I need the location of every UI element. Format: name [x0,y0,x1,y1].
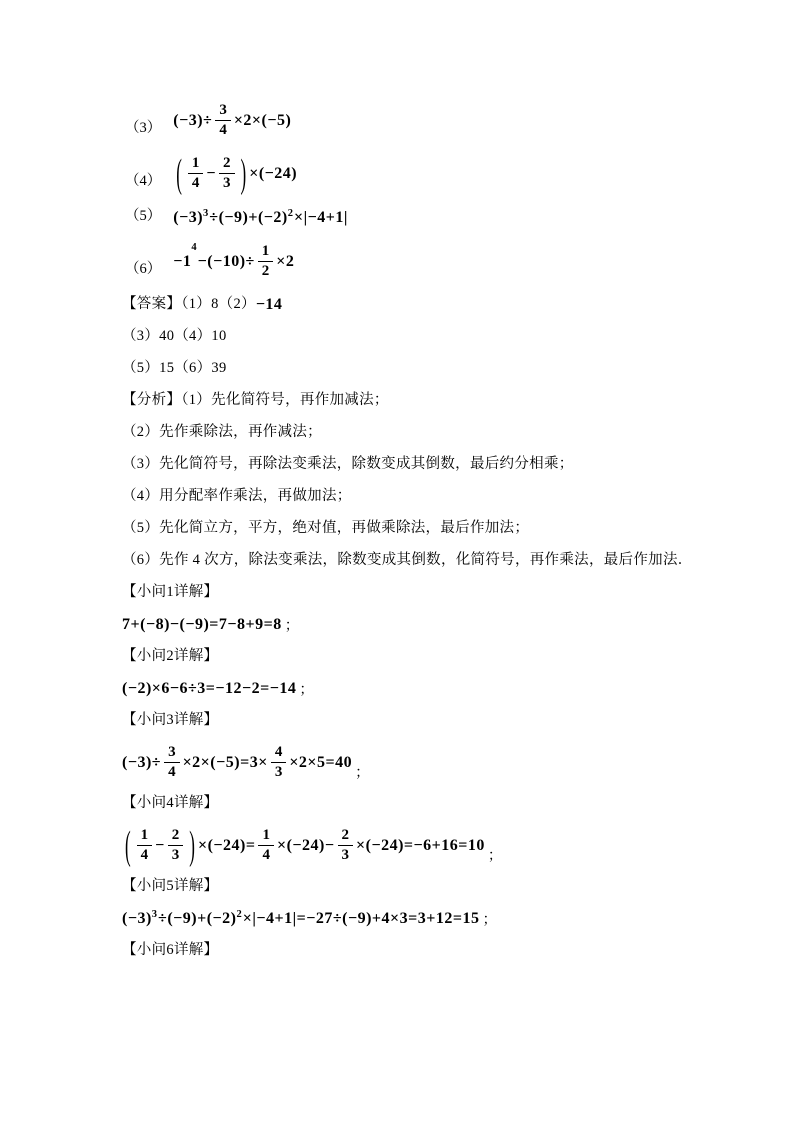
questions-section: （3） (−3)÷34×2×(−5) （4） (14−23)×(−24) （5）… [122,102,738,280]
document-page: （3） (−3)÷34×2×(−5) （4） (14−23)×(−24) （5）… [0,0,794,1123]
math-text: − [206,165,216,183]
answer-section: 【答案】（1）8（2）−14 （3）40（4）10 （5）15（6）39 [122,296,738,377]
detail-header-4: 【小问4详解】 [122,795,738,812]
fraction: 14 [137,827,153,864]
question-expression: (−3)3÷(−9)+(−2)2×|−4+1| [173,209,348,227]
equation: (−3)÷34×2×(−5)=3×43×2×5=40 [122,744,352,781]
question-expression: (14−23)×(−24) [173,155,297,192]
exponent: 2 [288,208,293,219]
equation-semicolon: ； [488,849,503,864]
fraction: 12 [258,243,274,280]
detail-equation-5: (−3)3÷(−9)+(−2)2×|−4+1|=−27÷(−9)+4×3=3+1… [122,910,738,928]
question-item-4: （4） (14−23)×(−24) [122,155,738,192]
math-text: ×|−4+1|=−27÷(−9)+4×3=3+12=15 [243,910,480,928]
equation-semicolon: ； [483,913,498,928]
question-item-6: （6） −14−(−10)÷12×2 [122,243,738,280]
big-paren: ) [241,154,247,194]
fraction: 23 [219,155,235,192]
fraction: 14 [188,155,204,192]
math-text: (−3) [173,209,203,227]
equation: (14−23)×(−24)=14×(−24)−23×(−24)=−6+16=10 [122,827,485,864]
fraction: 43 [271,744,287,781]
big-paren: ( [125,826,131,866]
exponent: 3 [203,208,208,219]
equation: 7+(−8)−(−9)=7−8+9=8 [122,616,282,634]
math-text: − [155,837,165,855]
answer-line-2: （3）40（4）10 [122,328,738,345]
details-section: 【小问1详解】 7+(−8)−(−9)=7−8+9=8 ； 【小问2详解】 (−… [122,584,738,959]
fraction: 14 [258,827,274,864]
detail-equation-3: (−3)÷34×2×(−5)=3×43×2×5=40 ； [122,744,738,781]
detail-header-2: 【小问2详解】 [122,648,738,665]
plain-text: 【答案】（1）8（2） [122,296,256,313]
detail-header-1: 【小问1详解】 [122,584,738,601]
equation-semicolon: ； [299,683,314,698]
answer-line-1-content: 【答案】（1）8（2）−14 [122,296,282,313]
exponent: 4 [191,242,196,253]
math-text: ×(−24)=−6+16=10 [356,837,485,855]
exponent: 3 [152,909,157,920]
big-paren: ) [189,826,195,866]
equation: (−2)×6−6÷3=−12−2=−14 [122,680,296,698]
math-text: ×2×5=40 [289,754,352,772]
fraction: 34 [164,744,180,781]
question-expression: −14−(−10)÷12×2 [173,243,294,280]
question-item-3: （3） (−3)÷34×2×(−5) [122,102,738,139]
math-text: (−2)×6−6÷3=−12−2=−14 [122,680,296,698]
math-text: ×|−4+1| [294,209,348,227]
detail-equation-2: (−2)×6−6÷3=−12−2=−14 ； [122,680,738,698]
answer-line-3: （5）15（6）39 [122,360,738,377]
math-text: (−3)÷ [122,754,161,772]
math-text: ×(−24)= [198,837,256,855]
math-text: −(−10)÷ [198,253,255,271]
equation-semicolon: ； [285,619,300,634]
analysis-line-6: （6）先作 4 次方，除法变乘法，除数变成其倒数，化简符号，再作乘法，最后作加法… [122,552,738,569]
math-text: 7+(−8)−(−9)=7−8+9=8 [122,616,282,634]
question-item-5: （5） (−3)3÷(−9)+(−2)2×|−4+1| [122,208,738,227]
analysis-line-2: （2）先作乘除法，再作减法； [122,424,738,441]
math-text: (−3) [122,910,152,928]
detail-header-6: 【小问6详解】 [122,942,738,959]
math-text: ×2 [276,253,294,271]
equation-semicolon: ； [355,766,370,781]
question-label: （3） [125,120,161,139]
detail-equation-4: (14−23)×(−24)=14×(−24)−23×(−24)=−6+16=10… [122,827,738,864]
question-label: （6） [125,261,161,280]
math-text: ÷(−9)+(−2) [158,910,236,928]
analysis-line-4: （4）用分配率作乘法，再做加法； [122,488,738,505]
fraction: 34 [215,102,231,139]
math-text: −14 [256,296,283,313]
detail-header-3: 【小问3详解】 [122,712,738,729]
analysis-section: 【分析】（1）先化简符号，再作加减法； （2）先作乘除法，再作减法； （3）先化… [122,392,738,569]
fraction: 23 [168,827,184,864]
math-text: ×2×(−5) [234,112,292,130]
analysis-line-1: 【分析】（1）先化简符号，再作加减法； [122,392,738,409]
question-label: （4） [125,173,161,192]
fraction: 23 [338,827,354,864]
big-paren: ( [176,154,182,194]
detail-equation-1: 7+(−8)−(−9)=7−8+9=8 ； [122,616,738,634]
analysis-line-3: （3）先化简符号，再除法变乘法，除数变成其倒数，最后约分相乘； [122,456,738,473]
equation: (−3)3÷(−9)+(−2)2×|−4+1|=−27÷(−9)+4×3=3+1… [122,910,480,928]
question-label: （5） [125,208,161,227]
math-text: ×(−24)− [277,837,335,855]
math-text: ÷(−9)+(−2) [209,209,287,227]
math-text: ×2×(−5)=3× [183,754,268,772]
question-expression: (−3)÷34×2×(−5) [173,102,291,139]
detail-header-5: 【小问5详解】 [122,878,738,895]
exponent: 2 [236,909,241,920]
math-text: −1 [173,253,191,271]
answer-line-1: 【答案】（1）8（2）−14 [122,296,738,313]
math-text: ×(−24) [249,165,297,183]
math-text: (−3)÷ [173,112,212,130]
analysis-line-5: （5）先化简立方，平方，绝对值，再做乘除法，最后作加法； [122,520,738,537]
